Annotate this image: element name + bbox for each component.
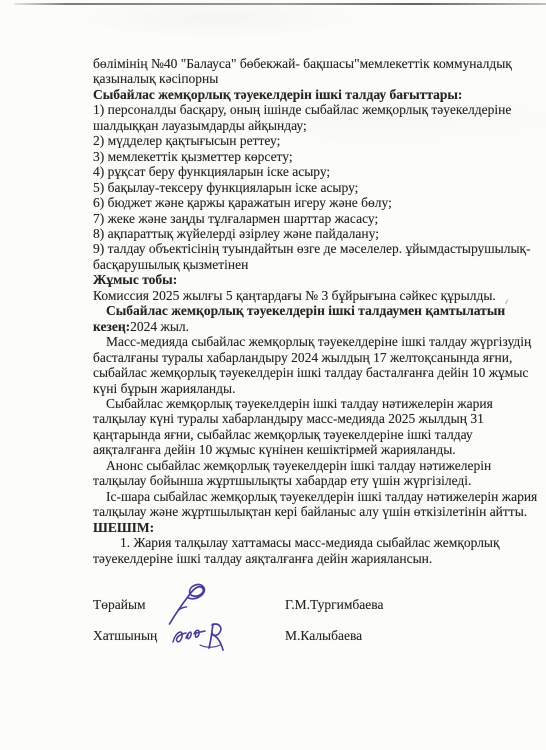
text-run: ШЕШІМ:: [93, 520, 154, 535]
paragraph: 6) бюджет және қаржы қаражатын игеру жән…: [93, 195, 538, 210]
handwritten-signature-icon: [170, 621, 230, 656]
paragraph: бөлімінің №40 "Балауса" бөбекжай- бақшас…: [93, 56, 538, 87]
text-run: Масс-медияда сыбайлас жемқорлық тәуекелд…: [93, 334, 531, 395]
text-run: 3) мемлекеттік қызметтер көрсету;: [93, 149, 293, 164]
signature-name: Г.М.Тургимбаева: [285, 597, 383, 613]
paragraph: 1) персоналды басқару, оның ішінде сыбай…: [93, 102, 538, 133]
scanned-document-page: бөлімінің №40 "Балауса" бөбекжай- бақшас…: [0, 0, 546, 750]
paragraph: 5) бақылау-тексеру функцияларын іске асы…: [93, 180, 538, 195]
text-run: 1) персоналды басқару, оның ішінде сыбай…: [93, 102, 511, 132]
paragraph: Анонс сыбайлас жемқорлық тәуекелдерін іш…: [93, 458, 538, 489]
text-run: Іс-шара сыбайлас жемқорлық тәуекелдерін …: [93, 489, 537, 519]
text-run: Анонс сыбайлас жемқорлық тәуекелдерін іш…: [93, 458, 491, 488]
text-run: 6) бюджет және қаржы қаражатын игеру жән…: [93, 195, 392, 210]
paragraph: 9) талдау объектісінің туындайтын өзге д…: [93, 241, 538, 272]
text-run: Сыбайлас жемқорлық тәуекелдерін ішкі тал…: [93, 396, 493, 457]
paragraph: ШЕШІМ:: [93, 520, 538, 535]
paragraph: 4) рұқсат беру функцияларын іске асыру;: [93, 164, 538, 179]
paragraph: Сыбайлас жемқорлық тәуекелдерін ішкі тал…: [93, 303, 538, 334]
scan-artifact-line: [14, 3, 546, 5]
text-run: бөлімінің №40 "Балауса" бөбекжай- бақшас…: [93, 56, 512, 86]
text-run: 2) мүдделер қақтығысын реттеу;: [93, 133, 280, 148]
paragraph: Іс-шара сыбайлас жемқорлық тәуекелдерін …: [93, 489, 538, 520]
signature-role-label: Төрайым: [93, 597, 146, 613]
signature-row-chair: Төрайым Г.М.Тургимбаева: [93, 597, 538, 617]
paragraph: 2) мүдделер қақтығысын реттеу;: [93, 133, 538, 148]
paragraph: 1. Жария талқылау хаттамасы масс-медияда…: [93, 535, 538, 566]
paragraph: Жұмыс тобы:: [93, 272, 538, 287]
signature-row-secretary: Хатшының М.Калыбаева: [93, 628, 538, 648]
paragraph: Сыбайлас жемқорлық тәуекелдерін ішкі тал…: [93, 396, 538, 458]
paragraph: 3) мемлекеттік қызметтер көрсету;: [93, 149, 538, 164]
text-run: 7) жеке және заңды тұлғалармен шарттар ж…: [93, 211, 378, 226]
signature-block: Төрайым Г.М.Тургимбаева Хатшының М.Калыб…: [93, 588, 538, 718]
text-run: 2024 жыл.: [130, 319, 189, 334]
text-run: Жұмыс тобы:: [93, 272, 177, 287]
text-run: Сыбайлас жемқорлық тәуекелдерін ішкі тал…: [93, 87, 462, 102]
paragraph: Масс-медияда сыбайлас жемқорлық тәуекелд…: [93, 334, 538, 396]
text-run: 8) ақпараттық жүйелерді әзірлеу және пай…: [93, 226, 379, 241]
text-run: 5) бақылау-тексеру функцияларын іске асы…: [93, 180, 358, 195]
text-run: Комиссия 2025 жылғы 5 қаңтардағы № 3 бұй…: [93, 288, 496, 303]
document-body: бөлімінің №40 "Балауса" бөбекжай- бақшас…: [93, 56, 538, 566]
signature-name: М.Калыбаева: [285, 628, 362, 644]
text-run: 9) талдау объектісінің туындайтын өзге д…: [93, 241, 531, 271]
text-run: 1. Жария талқылау хаттамасы масс-медияда…: [93, 535, 500, 565]
paragraph: Комиссия 2025 жылғы 5 қаңтардағы № 3 бұй…: [93, 288, 538, 303]
paragraph: 8) ақпараттық жүйелерді әзірлеу және пай…: [93, 226, 538, 241]
paragraph: Сыбайлас жемқорлық тәуекелдерін ішкі тал…: [93, 87, 538, 102]
signature-role-label: Хатшының: [93, 628, 157, 644]
text-run: 4) рұқсат беру функцияларын іске асыру;: [93, 164, 330, 179]
paragraph: 7) жеке және заңды тұлғалармен шарттар ж…: [93, 211, 538, 226]
